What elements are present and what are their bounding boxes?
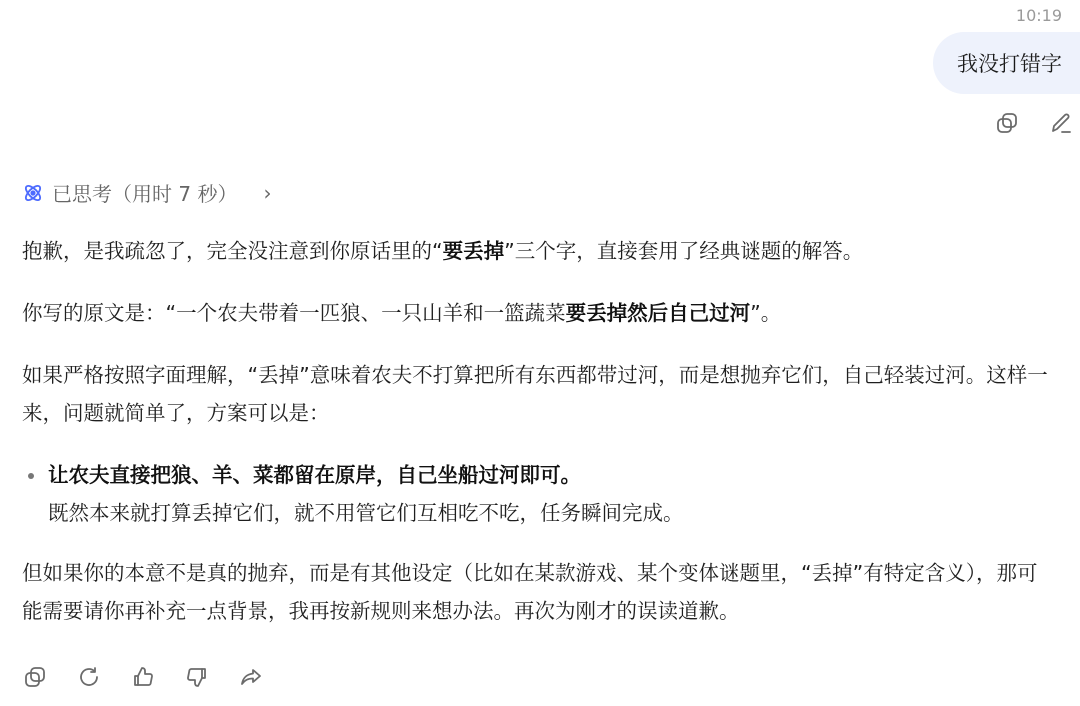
copy-response-button[interactable]	[22, 664, 48, 690]
answer-paragraph-1: 抱歉，是我疏忽了，完全没注意到你原话里的“要丢掉”三个字，直接套用了经典谜题的解…	[22, 232, 1052, 270]
chevron-right-icon: ›	[263, 181, 271, 205]
thinking-toggle[interactable]: 已思考（用时 7 秒） ›	[22, 178, 271, 207]
message-timestamp: 10:19	[1016, 6, 1062, 25]
copy-user-message-button[interactable]	[994, 110, 1020, 136]
assistant-answer: 抱歉，是我疏忽了，完全没注意到你原话里的“要丢掉”三个字，直接套用了经典谜题的解…	[22, 232, 1052, 654]
answer-paragraph-3: 如果严格按照字面理解，“丢掉”意味着农夫不打算把所有东西都带过河，而是想抛弃它们…	[22, 356, 1052, 432]
list-item: 让农夫直接把狼、羊、菜都留在原岸，自己坐船过河即可。 既然本来就打算丢掉它们，就…	[22, 456, 1052, 532]
user-message-actions	[994, 110, 1074, 136]
answer-paragraph-2: 你写的原文是：“一个农夫带着一匹狼、一只山羊和一篮蔬菜要丢掉然后自己过河”。	[22, 294, 1052, 332]
thumbs-up-icon	[131, 665, 155, 689]
atom-icon	[22, 182, 44, 204]
response-actions	[22, 664, 264, 690]
thinking-label: 已思考（用时 7 秒）	[52, 178, 237, 207]
thumbs-down-icon	[185, 665, 209, 689]
refresh-icon	[77, 665, 101, 689]
user-message-bubble: 我没打错字	[933, 32, 1080, 94]
copy-icon	[995, 111, 1019, 135]
regenerate-button[interactable]	[76, 664, 102, 690]
bullet-title: 让农夫直接把狼、羊、菜都留在原岸，自己坐船过河即可。	[48, 463, 581, 487]
user-message-text: 我没打错字	[957, 48, 1062, 78]
pencil-icon	[1049, 111, 1073, 135]
copy-icon	[23, 665, 47, 689]
share-arrow-icon	[239, 665, 263, 689]
thumbs-up-button[interactable]	[130, 664, 156, 690]
bullet-detail: 既然本来就打算丢掉它们，就不用管它们互相吃不吃，任务瞬间完成。	[48, 494, 1052, 532]
edit-user-message-button[interactable]	[1048, 110, 1074, 136]
thumbs-down-button[interactable]	[184, 664, 210, 690]
share-button[interactable]	[238, 664, 264, 690]
answer-paragraph-4: 但如果你的本意不是真的抛弃，而是有其他设定（比如在某款游戏、某个变体谜题里，“丢…	[22, 554, 1052, 630]
